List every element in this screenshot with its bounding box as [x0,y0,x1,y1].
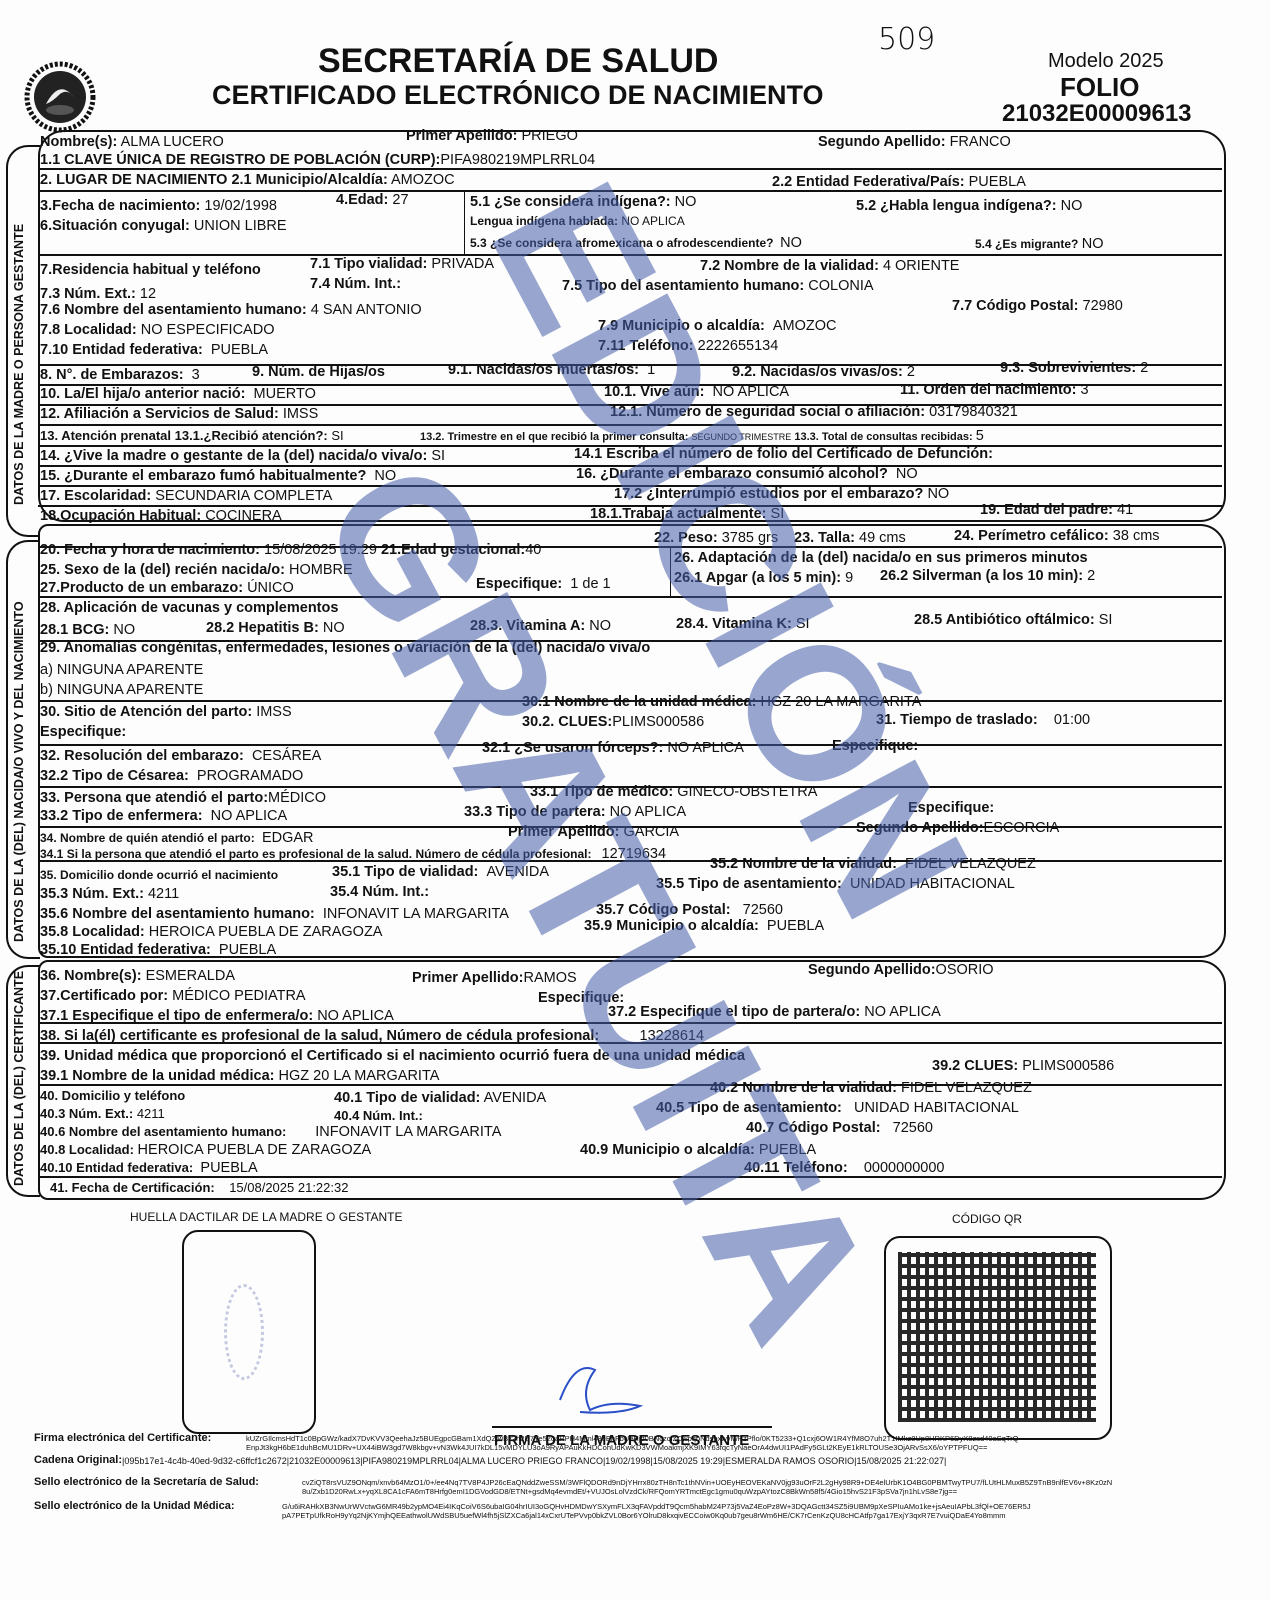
sello-ss-label: Sello electrónico de la Secretaría de Sa… [34,1476,259,1488]
consultas-label: 13.3. Total de consultas recibidas: [794,431,972,443]
vive-madre-label: 14. ¿Vive la madre o gestante de la (del… [40,448,427,464]
cert-nombre-asent-value: INFONAVIT LA MARGARITA [315,1124,501,1140]
traslado-label: 31. Tiempo de traslado: [876,712,1038,728]
nac-tipo-vialidad-value: AVENIDA [486,864,549,880]
qr-box [884,1236,1112,1440]
fecha-nac-label: 3.Fecha de nacimiento: [40,198,200,214]
ocupacion-value: COCINERA [205,508,282,524]
municipio-value: AMOZOC [773,318,837,334]
nombre-vialidad-value: 4 ORIENTE [883,258,960,274]
afiliacion-label: 12. Afiliación a Servicios de Salud: [40,406,279,422]
interrumpio-label: 17.2 ¿Interrumpió estudios por el embara… [614,486,923,502]
lengua-value: NO APLICA [621,214,684,228]
mother-signature-icon [520,1360,680,1425]
edad-padre-label: 19. Edad del padre: [980,502,1113,518]
tipo-medico-label: 33.1 Tipo de médico: [530,784,673,800]
nac-tipo-vialidad-label: 35.1 Tipo de vialidad: [332,864,478,880]
nac-tipo-asent-value: UNIDAD HABITACIONAL [850,876,1015,892]
domicilio-nac-label: 35. Domicilio donde ocurrió el nacimient… [40,868,278,882]
firma-cert-label: Firma electrónica del Certificante: [34,1432,211,1444]
vacunas-label: 28. Aplicación de vacunas y complementos [40,600,338,616]
nombre-vialidad-label: 7.2 Nombre de la vialidad: [700,258,879,274]
cert-telefono-label: 40.11 Teléfono: [744,1160,848,1176]
producto-label: 27.Producto de un embarazo: [40,580,243,596]
tipo-cesarea-label: 32.2 Tipo de Césarea: [40,768,189,784]
cert-tipo-asent-value: UNIDAD HABITACIONAL [854,1100,1019,1116]
prenatal-label: 13. Atención prenatal 13.1.¿Recibió aten… [40,428,328,443]
trimestre-label: 13.2. Trimestre en el que recibió la pri… [420,431,688,443]
entidad-fed-label: 7.10 Entidad federativa: [40,342,203,358]
fecha-cert-value: 15/08/2025 21:22:32 [229,1180,348,1195]
anomalias-label: 29. Anomalías congénitas, enfermedades, … [40,640,650,656]
edad-label: 4.Edad: [336,192,388,208]
mother-ap1-row: Primer Apellido: PRIEGO [406,128,578,144]
page-subtitle: CERTIFICADO ELECTRÓNICO DE NACIMIENTO [212,80,824,111]
cert-tipo-vialidad-label: 40.1 Tipo de vialidad: [334,1090,480,1106]
cert-num-ext-value: 4211 [137,1106,165,1121]
nac-localidad-value: HEROICA PUEBLA DE ZARAGOZA [149,924,383,940]
num-ext-value: 12 [140,286,156,302]
folio-number: 21032E00009613 [1002,100,1192,128]
sitio-especifique-label: Especifique: [40,724,126,740]
persona-especifique-label: Especifique: [908,800,994,816]
fumo-value: NO [374,468,396,484]
anterior-value: MUERTO [254,386,316,402]
mexico-coat-of-arms-icon [24,58,96,136]
mother-ap1-label: Primer Apellido: [406,128,517,144]
tipo-vialidad-value: PRIVADA [431,256,494,272]
cert-enfermera-value: NO APLICA [317,1008,394,1024]
sello-ss-value: cvZiQT8rsVUZ9ONqm/xnvb64MzO1/0+/ee4Nq7TV… [302,1478,1112,1496]
tipo-asent-label: 7.5 Tipo del asentamiento humano: [562,278,804,294]
cert-nombre-asent-label: 40.6 Nombre del asentamiento humano: [40,1124,286,1139]
ocupacion-label: 18.Ocupación Habitual: [40,508,201,524]
fecha-cert-label: 41. Fecha de Certificación: [50,1180,215,1195]
afiliacion-value: IMSS [283,406,318,422]
cert-por-value: MÉDICO PEDIATRA [172,988,305,1004]
migrante-label: 5.4 ¿Es migrante? [975,237,1078,251]
atendio-cedula-value: 12719634 [602,846,667,862]
nac-nombre-vialidad-label: 35.2 Nombre de la vialidad: [710,856,897,872]
mother-name-label: Nombre(s): [40,134,117,150]
vivos-value: 2 [907,364,915,380]
peso-label: 22. Peso: [654,530,718,546]
cadena-label: Cadena Original: [34,1454,122,1466]
cert-nombre-vialidad-label: 40.2 Nombre de la vialidad: [710,1080,897,1096]
unidad-value: HGZ 20 LA MARGARITA [761,694,922,710]
cert-entidad-label: 40.10 Entidad federativa: [40,1160,193,1175]
entidad-fed-value: PUEBLA [211,342,268,358]
sobrevivientes-value: 2 [1140,360,1148,376]
nss-value: 03179840321 [929,404,1018,420]
nac-nombre-asent-label: 35.6 Nombre del asentamiento humano: [40,906,315,922]
fingerprint-icon [224,1284,264,1380]
vive-aun-label: 10.1. Vive aún: [604,384,704,400]
atendio-ap1-value: GARCIA [624,824,680,840]
tipo-medico-value: GINECO-OBSTETRA [677,784,817,800]
bcg-value: NO [113,622,135,638]
sexo-value: HOMBRE [289,562,353,578]
cert-nombre-label: 36. Nombre(s): [40,968,142,984]
nac-cp-value: 72560 [743,902,783,918]
gestacional-value: 40 [525,542,541,558]
mother-ap2-label: Segundo Apellido: [818,134,946,150]
nac-nombre-asent-value: INFONAVIT LA MARGARITA [323,906,509,922]
perimetro-value: 38 cms [1113,528,1160,544]
escolaridad-label: 17. Escolaridad: [40,488,151,504]
cert-partera-label: 37.2 Especifique el tipo de partera/o: [608,1004,860,1020]
clues-label: 30.2. CLUES: [522,714,612,730]
fingerprint-box [182,1230,316,1434]
clues-value: PLIMS000586 [612,714,704,730]
apgar-value: 9 [845,570,853,586]
edad-padre-value: 41 [1117,502,1133,518]
talla-label: 23. Talla: [794,530,855,546]
cert-cp-value: 72560 [893,1120,933,1136]
atendio-nombre-value: EDGAR [262,830,314,846]
anomalia-b: b) NINGUNA APARENTE [40,682,203,698]
mother-ap1: PRIEGO [522,128,578,144]
trimestre-value: SEGUNDO TRIMESTRE [691,432,791,442]
page-title: SECRETARÍA DE SALUD [318,42,718,81]
nac-fecha-value: 15/08/2025 19:29 [264,542,377,558]
gestacional-label: 21.Edad gestacional: [381,542,525,558]
unidad-label: 30.1 Nombre de la unidad médica: [522,694,757,710]
curp-row: 1.1 CLAVE ÚNICA DE REGISTRO DE POBLACIÓN… [40,152,595,168]
nac-entidad-label: 35.10 Entidad federativa: [40,942,211,958]
nac-tipo-asent-label: 35.5 Tipo de asentamiento: [656,876,842,892]
cert-clues-value: PLIMS000586 [1022,1058,1114,1074]
mother-name: ALMA LUCERO [121,134,224,150]
sexo-label: 25. Sexo de la (del) recién nacida/o: [40,562,285,578]
nss-label: 12.1. Número de seguridad social o afili… [610,404,925,420]
entidad-label: 2.2 Entidad Federativa/País: [772,174,965,190]
cert-municipio-value: PUEBLA [759,1142,816,1158]
cert-telefono-value: 0000000000 [864,1160,945,1176]
cert-clues-label: 39.2 CLUES: [932,1058,1018,1074]
cert-unidad-label: 39.1 Nombre de la unidad médica: [40,1068,275,1084]
escolaridad-value: SECUNDARIA COMPLETA [155,488,332,504]
nac-cp-label: 35.7 Código Postal: [596,902,731,918]
tipo-asent-value: COLONIA [808,278,873,294]
situacion-label: 6.Situación conyugal: [40,218,190,234]
situacion-value: UNION LIBRE [194,218,287,234]
nac-num-ext-label: 35.3 Núm. Ext.: [40,886,144,902]
cert-cedula-value: 13228614 [640,1028,705,1044]
tipo-partera-label: 33.3 Tipo de partera: [464,804,606,820]
edad-value: 27 [392,192,408,208]
alcohol-label: 16. ¿Durante el embarazo consumió alcoho… [576,466,888,482]
mother-ap2-row: Segundo Apellido: FRANCO [818,134,1011,150]
nac-num-int-label: 35.4 Núm. Int.: [330,884,429,900]
afro-label: 5.3 ¿Se considera afromexicana o afrodes… [470,236,773,250]
anterior-label: 10. La/El hija/o anterior nació: [40,386,245,402]
atendio-ap2-label: Segundo Apellido: [856,820,984,836]
forceps-especifique-label: Especifique: [832,738,918,754]
telefono-label: 7.11 Teléfono: [598,338,694,354]
cert-ap1-value: RAMOS [523,970,576,986]
tipo-partera-value: NO APLICA [610,804,687,820]
anomalia-a: a) NINGUNA APARENTE [40,662,203,678]
nac-municipio-label: 35.9 Municipio o alcaldía: [584,918,759,934]
telefono-value: 2222655134 [698,338,779,354]
sello-um-label: Sello electrónico de la Unidad Médica: [34,1500,235,1512]
interrumpio-value: NO [927,486,949,502]
num-int-label: 7.4 Núm. Int.: [310,276,401,292]
lugar-value: AMOZOC [391,172,455,188]
vit-a-value: NO [589,618,611,634]
indigena-label: 5.1 ¿Se considera indígena?: [470,194,671,210]
forceps-value: NO APLICA [667,740,744,756]
handwritten-note: 509 [878,22,935,57]
hijos-label: 9. Núm. de Hijas/os [252,364,385,380]
cert-tipo-vialidad-value: AVENIDA [484,1090,547,1106]
sello-um-value: G/u6iRAHkXB3NwUrWVctwG6MR49b2ypMO4Ei4IKq… [282,1502,1031,1520]
cert-partera-value: NO APLICA [864,1004,941,1020]
persona-label: 33. Persona que atendió el parto: [40,790,268,806]
nac-municipio-value: PUEBLA [767,918,824,934]
cert-enfermera-label: 37.1 Especifique el tipo de enfermera/o: [40,1008,313,1024]
orden-label: 11. Orden del nacimiento: [900,382,1076,398]
atendio-cedula-label: 34.1 Si la persona que atendió el parto … [40,847,591,861]
perimetro-label: 24. Perímetro cefálico: [954,528,1109,544]
lugar-label: 2. LUGAR DE NACIMIENTO 2.1 Municipio/Alc… [40,172,388,188]
atendio-ap1-label: Primer Apellido: [508,824,619,840]
localidad-value: NO ESPECIFICADO [141,322,275,338]
cert-domicilio-label: 40. Domicilio y teléfono [40,1088,185,1103]
habla-value: NO [1061,198,1083,214]
mother-side-label: DATOS DE LA MADRE O PERSONA GESTANTE [12,224,26,505]
consultas-value: 5 [976,428,984,444]
sitio-value: IMSS [256,704,291,720]
newborn-side-label: DATOS DE LA (DEL) NACIDA/O VIVO Y DEL NA… [12,601,26,942]
persona-value: MÉDICO [268,790,326,806]
tipo-cesarea-value: PROGRAMADO [197,768,303,784]
firma-cert-value: kUZrGIlcmsHdT1c0BpGWz/kadX7DvKVV3QeehaJz… [246,1434,1018,1452]
fecha-nac-value: 19/02/1998 [204,198,277,214]
lengua-label: Lengua indígena hablada: [470,214,618,228]
cert-cedula-label: 38. Si la(él) certificante es profesiona… [40,1028,599,1044]
municipio-label: 7.9 Municipio o alcaldía: [598,318,765,334]
tipo-enfermera-label: 33.2 Tipo de enfermera: [40,808,203,824]
nac-localidad-label: 35.8 Localidad: [40,924,145,940]
antibiotico-value: SI [1099,612,1113,628]
residencia-label: 7.Residencia habitual y teléfono [40,262,261,278]
alcohol-value: NO [896,466,918,482]
cert-unidad-titulo: 39. Unidad médica que proporcionó el Cer… [40,1048,745,1064]
nac-fecha-label: 20. Fecha y hora de nacimiento: [40,542,260,558]
atendio-ap2-value: ESCORCIA [984,820,1060,836]
habla-label: 5.2 ¿Habla lengua indígena?: [856,198,1057,214]
vit-k-value: SI [796,616,810,632]
hepatitis-value: NO [323,620,345,636]
sitio-label: 30. Sitio de Atención del parto: [40,704,252,720]
indigena-value: NO [675,194,697,210]
muertos-value: 1 [647,362,655,378]
nac-entidad-value: PUEBLA [219,942,276,958]
tipo-enfermera-value: NO APLICA [211,808,288,824]
mother-name-row: Nombre(s): ALMA LUCERO [40,134,224,150]
cert-localidad-value: HEROICA PUEBLA DE ZARAGOZA [138,1142,372,1158]
vit-a-label: 28.3. Vitamina A: [470,618,585,634]
cert-ap2-value: OSORIO [936,962,994,978]
cert-unidad-value: HGZ 20 LA MARGARITA [279,1068,440,1084]
orden-value: 3 [1081,382,1089,398]
bcg-label: 28.1 BCG: [40,622,109,638]
folio-def-label: 14.1 Escriba el número de folio del Cert… [574,446,993,462]
talla-value: 49 cms [859,530,906,546]
apgar-label: 26.1 Apgar (a los 5 min): [674,570,841,586]
cp-value: 72980 [1083,298,1123,314]
vive-aun-value: NO APLICA [713,384,790,400]
entidad-value: PUEBLA [969,174,1026,190]
vivos-label: 9.2. Nacidas/os vivas/os: [732,364,903,380]
cert-localidad-label: 40.8 Localidad: [40,1142,134,1157]
vive-madre-value: SI [431,448,445,464]
producto-especifique-label: Especifique: [476,576,562,592]
cp-label: 7.7 Código Postal: [952,298,1079,314]
cadena-value: |095b17e1-4c4b-40ed-9d32-c6ffcf1c2672|21… [122,1456,946,1466]
huella-label: HUELLA DACTILAR DE LA MADRE O GESTANTE [130,1210,403,1224]
model-label: Modelo 2025 [1048,50,1164,73]
muertos-label: 9.1. Nacidas/os muertas/os: [448,362,639,378]
resolucion-value: CESÁREA [252,748,321,764]
curp-value: PIFA980219MPLRRL04 [440,152,595,168]
prenatal-value: SI [331,428,343,443]
migrante-value: NO [1082,236,1104,252]
sobrevivientes-label: 9.3. Sobrevivientes: [1000,360,1136,376]
qr-label: CÓDIGO QR [952,1212,1022,1226]
cert-municipio-label: 40.9 Municipio o alcaldía: [580,1142,755,1158]
cert-tipo-asent-label: 40.5 Tipo de asentamiento: [656,1100,842,1116]
adaptacion-label: 26. Adaptación de la (del) nacida/o en s… [674,550,1088,566]
trabaja-label: 18.1.Trabaja actualmente: [590,506,767,522]
mother-ap2: FRANCO [950,134,1011,150]
antibiotico-label: 28.5 Antibiótico oftálmico: [914,612,1095,628]
certifier-side-label: DATOS DE LA (DEL) CERTIFICANTE [12,971,26,1186]
num-ext-label: 7.3 Núm. Ext.: [40,286,136,302]
nac-num-ext-value: 4211 [148,886,179,902]
producto-especifique-value: 1 de 1 [570,576,610,592]
cert-num-int-label: 40.4 Núm. Int.: [334,1108,423,1123]
nombre-asent-label: 7.6 Nombre del asentamiento humano: [40,302,307,318]
cert-ap2-label: Segundo Apellido: [808,962,936,978]
producto-value: ÚNICO [247,580,294,596]
cert-entidad-value: PUEBLA [200,1160,257,1176]
atendio-nombre-label: 34. Nombre de quién atendió el parto: [40,831,255,845]
cert-nombre-vialidad-value: FIDEL VELAZQUEZ [901,1080,1032,1096]
trabaja-value: SI [771,506,785,522]
cert-por-label: 37.Certificado por: [40,988,168,1004]
cert-cp-label: 40.7 Código Postal: [746,1120,881,1136]
embarazos-value: 3 [192,367,200,383]
tipo-vialidad-label: 7.1 Tipo vialidad: [310,256,427,272]
resolucion-label: 32. Resolución del embarazo: [40,748,244,764]
peso-value: 3785 grs [722,530,778,546]
cert-nombre-value: ESMERALDA [146,968,235,984]
qr-code-icon [898,1252,1096,1422]
forceps-label: 32.1 ¿Se usaron fórceps?: [482,740,663,756]
vit-k-label: 28.4. Vitamina K: [676,616,792,632]
fumo-label: 15. ¿Durante el embarazo fumó habitualme… [40,468,366,484]
localidad-label: 7.8 Localidad: [40,322,137,338]
cert-num-ext-label: 40.3 Núm. Ext.: [40,1106,133,1121]
folio-label: FOLIO [1060,72,1139,103]
curp-label: 1.1 CLAVE ÚNICA DE REGISTRO DE POBLACIÓN… [40,152,440,168]
cert-ap1-label: Primer Apellido: [412,970,523,986]
nac-nombre-vialidad-value: FIDEL VELAZQUEZ [905,856,1036,872]
hepatitis-label: 28.2 Hepatitis B: [206,620,319,636]
silverman-label: 26.2 Silverman (a los 10 min): [880,568,1083,584]
embarazos-label: 8. N°. de Embarazos: [40,367,184,383]
nombre-asent-value: 4 SAN ANTONIO [311,302,422,318]
afro-value: NO [780,235,802,251]
silverman-value: 2 [1087,568,1095,584]
traslado-value: 01:00 [1054,712,1090,728]
